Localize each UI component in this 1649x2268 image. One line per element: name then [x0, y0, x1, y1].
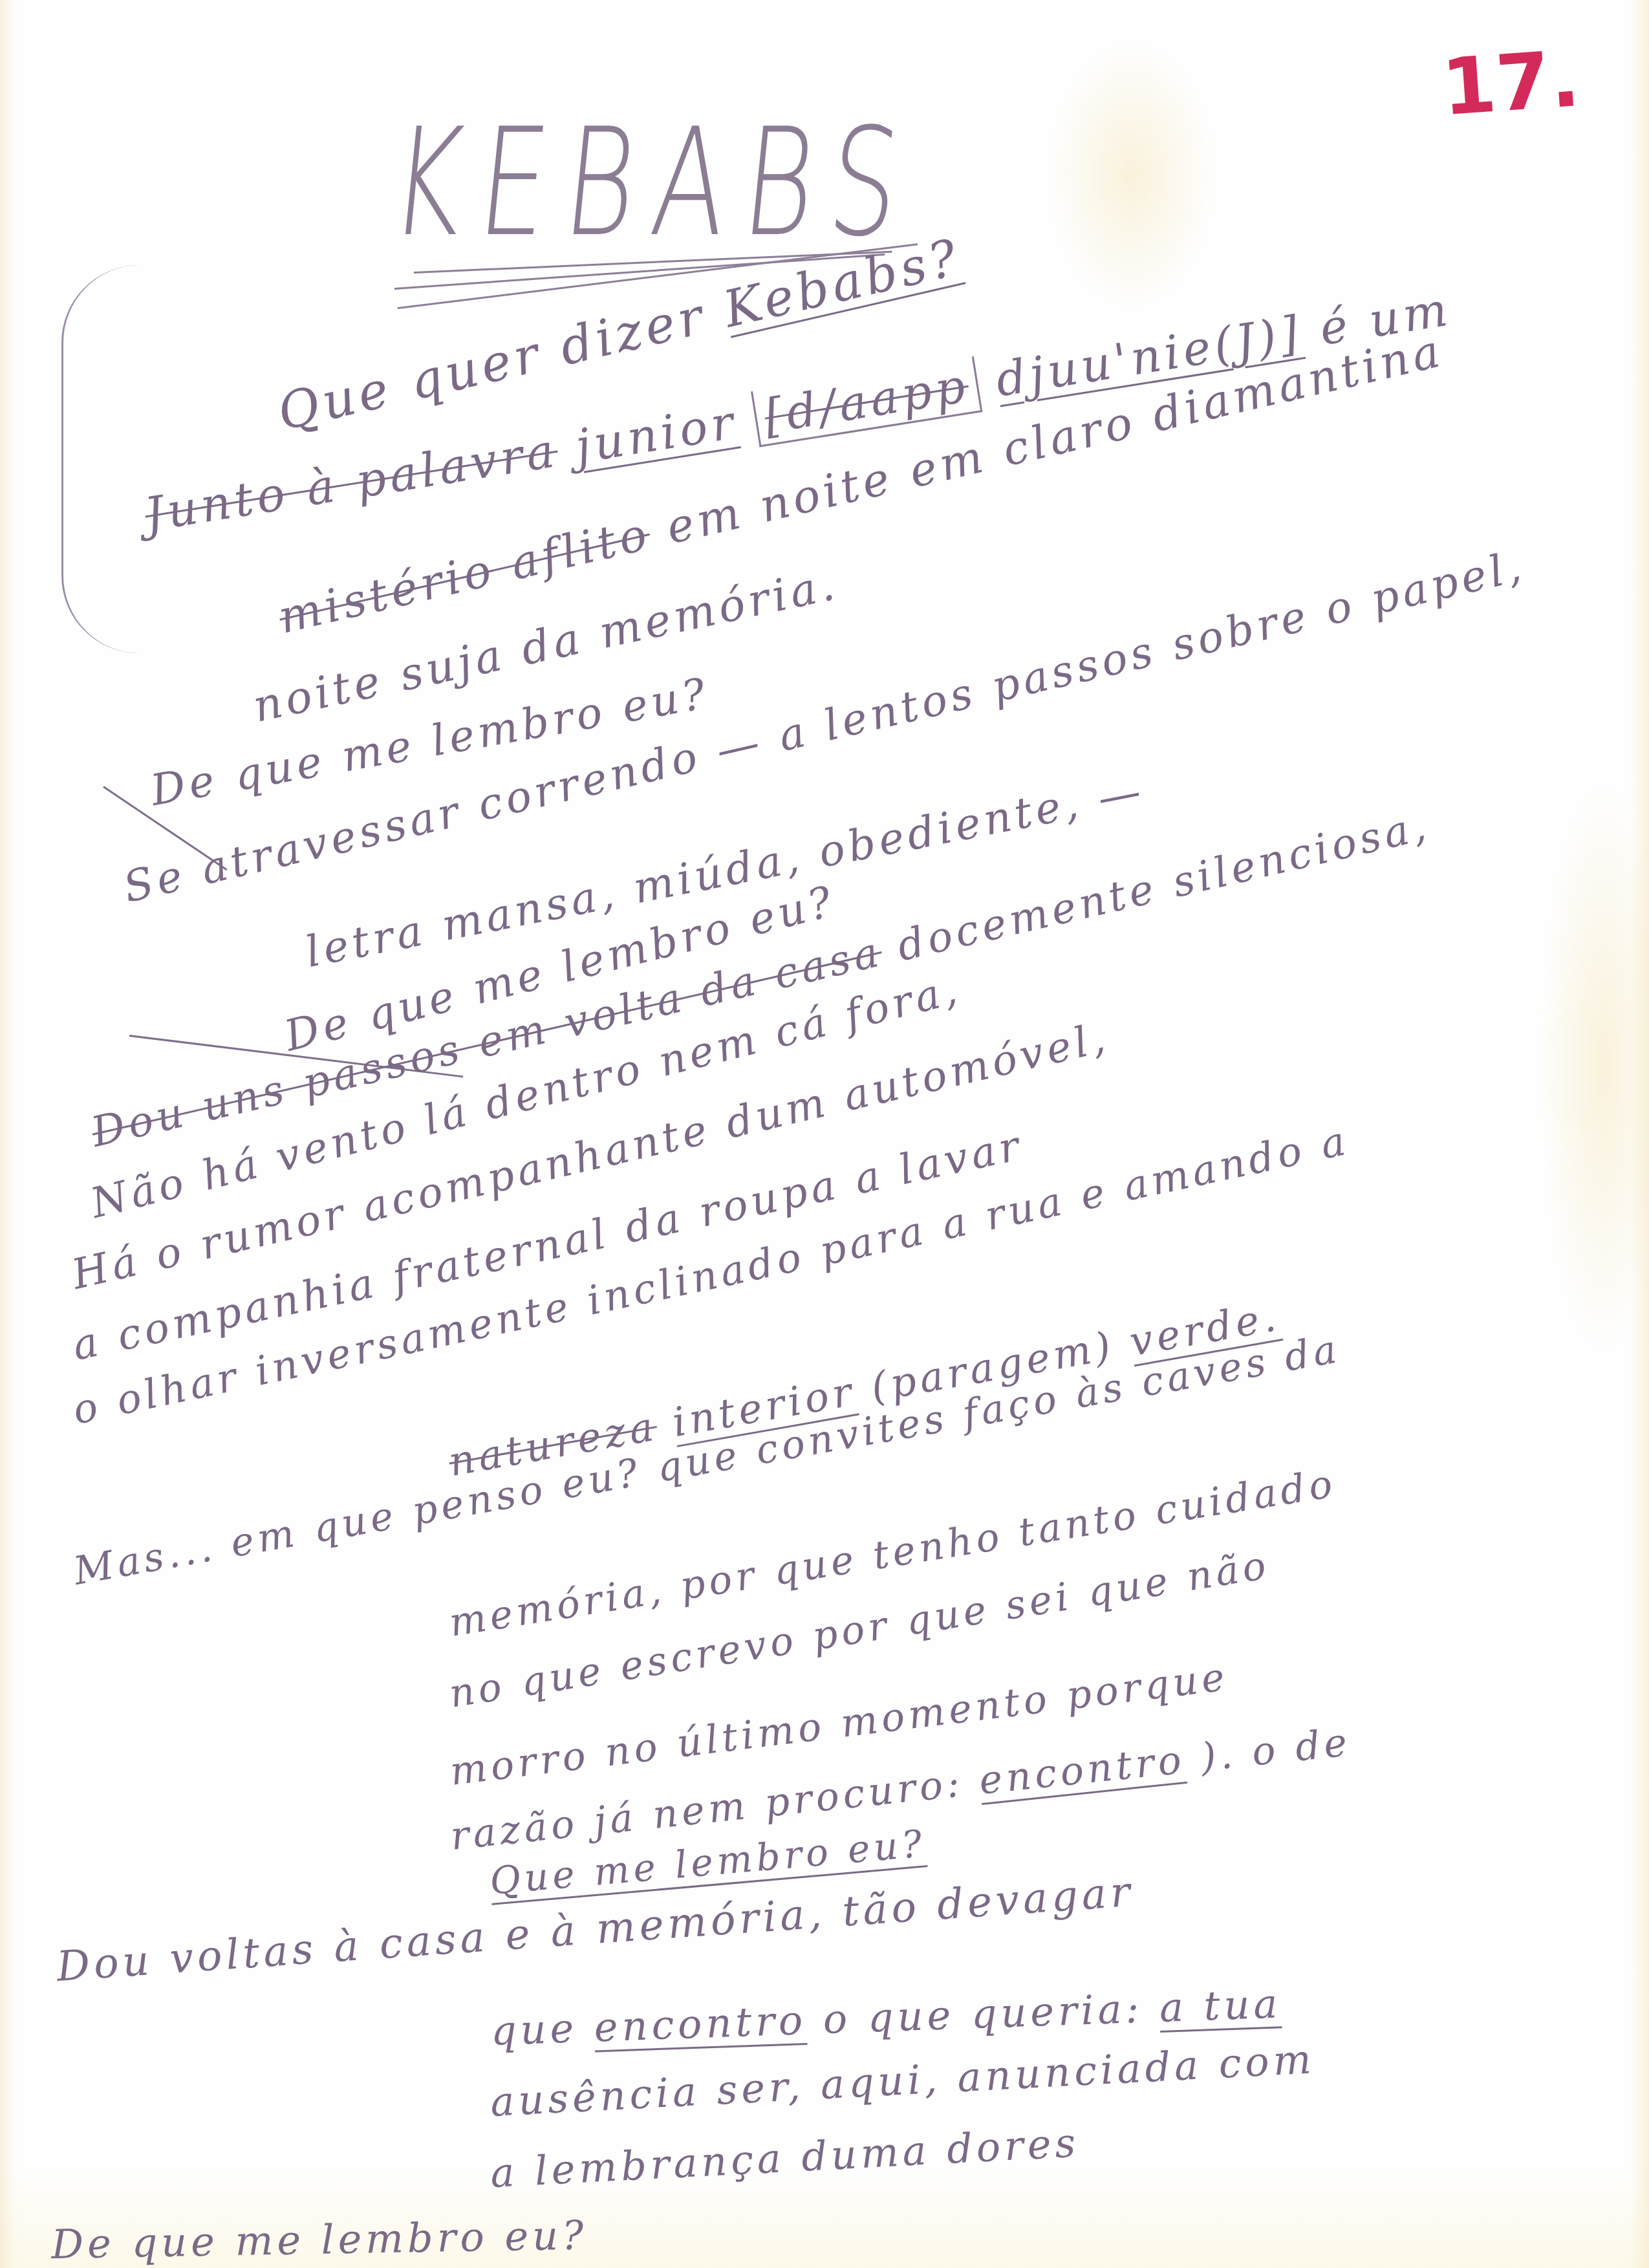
manuscript-title: KEBABS	[383, 97, 925, 270]
line-text: que	[490, 2004, 579, 2055]
page-number: 17.	[1439, 34, 1582, 133]
manuscript-line: De que me lembro eu?	[51, 2216, 588, 2265]
line-text: a tua	[1159, 1980, 1282, 2031]
paper-stain	[1048, 39, 1216, 310]
line-text: De que me lembro eu?	[51, 2212, 588, 2268]
line-text: encontro	[594, 1996, 808, 2051]
left-bracket-mark	[61, 265, 141, 653]
